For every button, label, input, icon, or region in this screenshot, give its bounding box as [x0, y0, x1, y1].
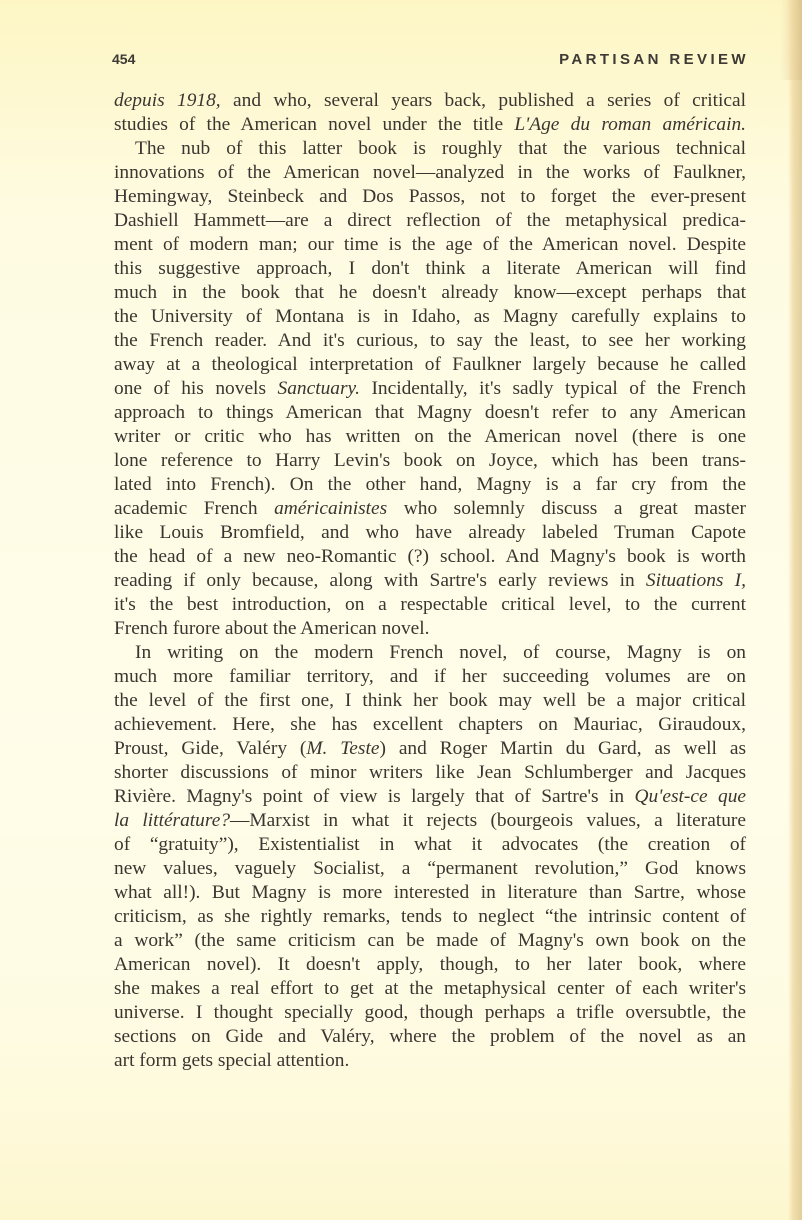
- text-line: Dashiell Hammett—are a direct reflection…: [114, 209, 746, 233]
- text-line: French furore about the American novel.: [114, 617, 746, 641]
- text-segment: Hemingway, Steinbeck and Dos Passos, not…: [114, 186, 746, 207]
- text-line: away at a theological interpretation of …: [114, 353, 746, 377]
- running-head: 454 PARTISAN REVIEW: [112, 51, 746, 71]
- page-edge-shadow: [788, 0, 802, 1220]
- italic-text: la littérature?: [114, 810, 230, 831]
- text-segment: the head of a new neo-Romantic (?) schoo…: [114, 546, 746, 567]
- text-line: much in the book that he doesn't already…: [114, 281, 746, 305]
- page-number: 454: [112, 51, 135, 67]
- text-segment: lone reference to Harry Levin's book on …: [114, 450, 746, 471]
- text-segment: of “gratuity”), Existentialist in what i…: [114, 834, 746, 855]
- text-segment: the level of the first one, I think her …: [114, 690, 746, 711]
- text-line: Rivière. Magny's point of view is largel…: [114, 785, 746, 809]
- text-segment: new values, vaguely Socialist, a “perman…: [114, 858, 746, 879]
- italic-text: L'Age du roman américain.: [514, 114, 746, 135]
- text-line: like Louis Bromfield, and who have alrea…: [114, 521, 746, 545]
- text-segment: innovations of the American novel—analyz…: [114, 162, 746, 183]
- text-line: approach to things American that Magny d…: [114, 401, 746, 425]
- text-line: criticism, as she rightly remarks, tends…: [114, 905, 746, 929]
- text-line: it's the best introduction, on a respect…: [114, 593, 746, 617]
- text-line: ment of modern man; our time is the age …: [114, 233, 746, 257]
- italic-text: Qu'est-ce que: [635, 786, 747, 807]
- text-line: the University of Montana is in Idaho, a…: [114, 305, 746, 329]
- text-segment: studies of the American novel under the …: [114, 114, 514, 135]
- text-segment: one of his novels: [114, 378, 278, 399]
- text-line: shorter discussions of minor writers lik…: [114, 761, 746, 785]
- text-segment: In writing on the modern French novel, o…: [135, 642, 746, 663]
- text-segment: this suggestive approach, I don't think …: [114, 258, 746, 279]
- text-segment: Dashiell Hammett—are a direct reflection…: [114, 210, 746, 231]
- text-segment: The nub of this latter book is roughly t…: [135, 138, 746, 159]
- text-segment: French furore about the American novel.: [114, 618, 430, 639]
- text-segment: Incidentally, it's sadly typical of the …: [360, 378, 746, 399]
- text-segment: achievement. Here, she has excellent cha…: [114, 714, 746, 735]
- text-segment: shorter discussions of minor writers lik…: [114, 762, 746, 783]
- text-line: of “gratuity”), Existentialist in what i…: [114, 833, 746, 857]
- text-segment: and who, several years back, published a…: [221, 90, 746, 111]
- text-line: art form gets special attention.: [114, 1049, 746, 1073]
- text-segment: who solemnly discuss a great master: [387, 498, 746, 519]
- text-segment: universe. I thought specially good, thou…: [114, 1002, 746, 1023]
- text-segment: —Marxist in what it rejects (bourgeois v…: [230, 810, 746, 831]
- text-line: American novel). It doesn't apply, thoug…: [114, 953, 746, 977]
- text-segment: Rivière. Magny's point of view is largel…: [114, 786, 635, 807]
- italic-text: Sanctuary.: [278, 378, 360, 399]
- text-line: the head of a new neo-Romantic (?) schoo…: [114, 545, 746, 569]
- text-segment: the University of Montana is in Idaho, a…: [114, 306, 746, 327]
- text-segment: ) and Roger Martin du Gard, as well as: [379, 738, 746, 759]
- text-line: a work” (the same criticism can be made …: [114, 929, 746, 953]
- text-segment: academic French: [114, 498, 274, 519]
- text-line: this suggestive approach, I don't think …: [114, 257, 746, 281]
- text-line: In writing on the modern French novel, o…: [114, 641, 746, 665]
- text-line: what all!). But Magny is more interested…: [114, 881, 746, 905]
- text-line: sections on Gide and Valéry, where the p…: [114, 1025, 746, 1049]
- text-segment: much in the book that he doesn't already…: [114, 282, 746, 303]
- text-segment: approach to things American that Magny d…: [114, 402, 746, 423]
- text-line: Proust, Gide, Valéry (M. Teste) and Roge…: [114, 737, 746, 761]
- text-line: the level of the first one, I think her …: [114, 689, 746, 713]
- text-line: much more familiar territory, and if her…: [114, 665, 746, 689]
- text-segment: writer or critic who has written on the …: [114, 426, 746, 447]
- text-segment: American novel). It doesn't apply, thoug…: [114, 954, 746, 975]
- text-segment: sections on Gide and Valéry, where the p…: [114, 1026, 746, 1047]
- text-segment: the French reader. And it's curious, to …: [114, 330, 746, 351]
- body-text: depuis 1918, and who, several years back…: [114, 89, 746, 1073]
- text-segment: criticism, as she rightly remarks, tends…: [114, 906, 746, 927]
- text-line: achievement. Here, she has excellent cha…: [114, 713, 746, 737]
- italic-text: américainistes: [274, 498, 387, 519]
- text-line: lone reference to Harry Levin's book on …: [114, 449, 746, 473]
- text-line: The nub of this latter book is roughly t…: [114, 137, 746, 161]
- text-segment: like Louis Bromfield, and who have alrea…: [114, 522, 746, 543]
- text-line: she makes a real effort to get at the me…: [114, 977, 746, 1001]
- text-segment: it's the best introduction, on a respect…: [114, 594, 746, 615]
- text-line: new values, vaguely Socialist, a “perman…: [114, 857, 746, 881]
- text-line: the French reader. And it's curious, to …: [114, 329, 746, 353]
- text-line: one of his novels Sanctuary. Incidentall…: [114, 377, 746, 401]
- text-line: reading if only because, along with Sart…: [114, 569, 746, 593]
- text-line: writer or critic who has written on the …: [114, 425, 746, 449]
- text-line: academic French américainistes who solem…: [114, 497, 746, 521]
- text-segment: art form gets special attention.: [114, 1050, 349, 1071]
- text-segment: Proust, Gide, Valéry (: [114, 738, 306, 759]
- text-segment: away at a theological interpretation of …: [114, 354, 746, 375]
- text-segment: much more familiar territory, and if her…: [114, 666, 746, 687]
- italic-text: depuis 1918,: [114, 90, 221, 111]
- italic-text: Situations I,: [646, 570, 746, 591]
- text-line: universe. I thought specially good, thou…: [114, 1001, 746, 1025]
- text-segment: lated into French). On the other hand, M…: [114, 474, 746, 495]
- text-segment: she makes a real effort to get at the me…: [114, 978, 746, 999]
- text-segment: a work” (the same criticism can be made …: [114, 930, 746, 951]
- text-line: Hemingway, Steinbeck and Dos Passos, not…: [114, 185, 746, 209]
- text-segment: ment of modern man; our time is the age …: [114, 234, 746, 255]
- text-line: studies of the American novel under the …: [114, 113, 746, 137]
- text-segment: reading if only because, along with Sart…: [114, 570, 646, 591]
- text-line: innovations of the American novel—analyz…: [114, 161, 746, 185]
- text-line: la littérature?—Marxist in what it rejec…: [114, 809, 746, 833]
- text-line: depuis 1918, and who, several years back…: [114, 89, 746, 113]
- italic-text: M. Teste: [306, 738, 379, 759]
- text-segment: what all!). But Magny is more interested…: [114, 882, 746, 903]
- journal-title: PARTISAN REVIEW: [559, 51, 749, 68]
- text-line: lated into French). On the other hand, M…: [114, 473, 746, 497]
